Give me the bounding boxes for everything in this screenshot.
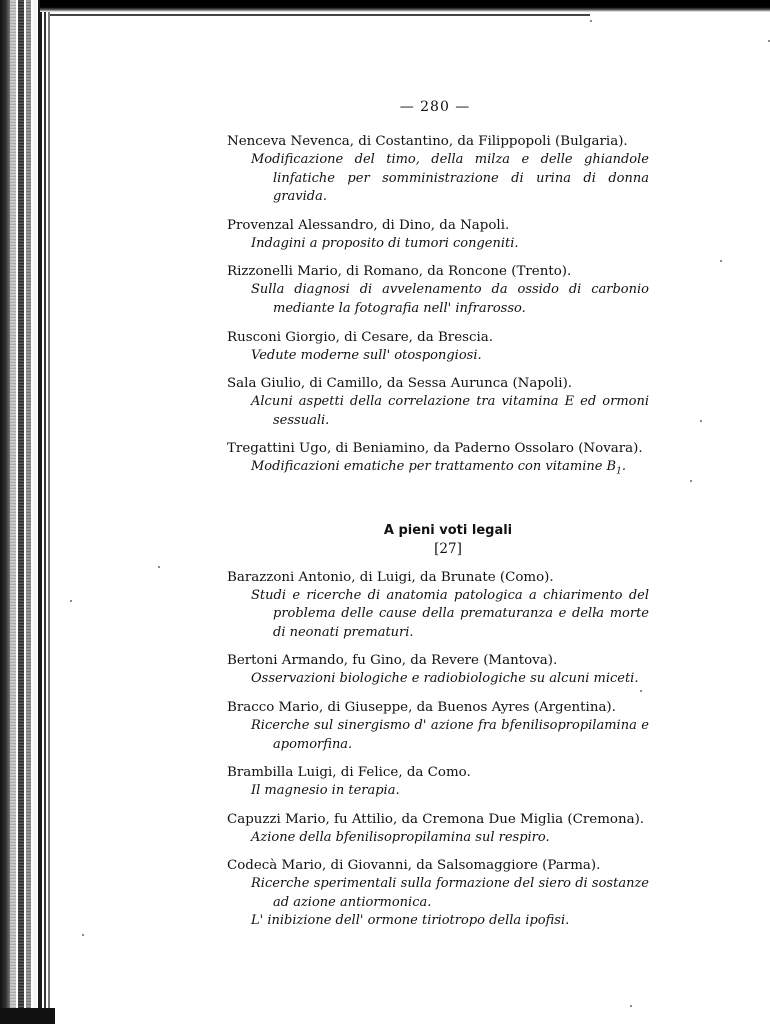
section-heading: A pieni voti legali [27] (227, 522, 649, 558)
scan-speck (700, 420, 702, 422)
student-name: Codecà Mario, di Giovanni, da Salsomaggi… (227, 856, 649, 875)
thesis-title: Modificazione del timo, della milza e de… (227, 151, 649, 207)
student-name: Rusconi Giorgio, di Cesare, da Brescia. (227, 328, 649, 347)
entries-after-section: Barazzoni Antonio, di Luigi, da Brunate … (227, 568, 649, 932)
thesis-title: Indagini a proposito di tumori congeniti… (227, 235, 649, 254)
student-name: Bracco Mario, di Giuseppe, da Buenos Ayr… (227, 698, 649, 717)
thesis-title: Ricerche sperimentali sulla formazione d… (227, 875, 649, 912)
page-number: — 280 — (0, 99, 770, 115)
thesis-title: Sulla diagnosi di avvelenamento da ossid… (227, 281, 649, 318)
thesis-title: Ricerche sul sinergismo d' azione fra bf… (227, 717, 649, 754)
student-name: Provenzal Alessandro, di Dino, da Napoli… (227, 216, 649, 235)
student-name: Barazzoni Antonio, di Luigi, da Brunate … (227, 568, 649, 587)
thesis-title: Modificazioni ematiche per trattamento c… (227, 458, 649, 481)
section-title: A pieni voti legali (247, 522, 649, 540)
list-item: Brambilla Luigi, di Felice, da Como. Il … (227, 763, 649, 801)
scan-speck (640, 690, 642, 692)
entries-before-section: Nenceva Nevenca, di Costantino, da Filip… (227, 132, 649, 482)
scan-speck (720, 260, 722, 262)
scan-speck (158, 566, 160, 568)
list-item: Bracco Mario, di Giuseppe, da Buenos Ayr… (227, 698, 649, 754)
list-item: Capuzzi Mario, fu Attilio, da Cremona Du… (227, 810, 649, 848)
student-name: Bertoni Armando, fu Gino, da Revere (Man… (227, 651, 649, 670)
scan-speck (590, 20, 592, 22)
list-item: Provenzal Alessandro, di Dino, da Napoli… (227, 216, 649, 254)
scan-speck (690, 480, 692, 482)
thesis-title: Studi e ricerche di anatomia patologica … (227, 587, 649, 643)
list-item: Tregattini Ugo, di Beniamino, da Paderno… (227, 439, 649, 481)
subscript: 1 (616, 467, 622, 477)
scan-speck (595, 612, 597, 614)
student-name: Sala Giulio, di Camillo, da Sessa Aurunc… (227, 374, 649, 393)
student-name: Capuzzi Mario, fu Attilio, da Cremona Du… (227, 810, 649, 829)
scan-speck (630, 1005, 632, 1007)
section-count: [27] (247, 540, 649, 558)
list-item: Rusconi Giorgio, di Cesare, da Brescia. … (227, 328, 649, 366)
thesis-title: Azione della bfenilisopropilamina sul re… (227, 829, 649, 848)
list-item: Sala Giulio, di Camillo, da Sessa Aurunc… (227, 374, 649, 430)
student-name: Rizzonelli Mario, di Romano, da Roncone … (227, 262, 649, 281)
student-name: Brambilla Luigi, di Felice, da Como. (227, 763, 649, 782)
list-item: Codecà Mario, di Giovanni, da Salsomaggi… (227, 856, 649, 931)
scan-speck (82, 934, 84, 936)
student-name: Nenceva Nevenca, di Costantino, da Filip… (227, 132, 649, 151)
thesis-title: Vedute moderne sull' otospongiosi. (227, 347, 649, 366)
list-item: Rizzonelli Mario, di Romano, da Roncone … (227, 262, 649, 318)
thesis-title: Alcuni aspetti della correlazione tra vi… (227, 393, 649, 430)
thesis-title: Il magnesio in terapia. (227, 782, 649, 801)
list-item: Bertoni Armando, fu Gino, da Revere (Man… (227, 651, 649, 689)
list-item: Nenceva Nevenca, di Costantino, da Filip… (227, 132, 649, 207)
scan-speck (70, 600, 72, 602)
thesis-title: L' inibizione dell' ormone tiriotropo de… (227, 912, 649, 931)
entry-list: Nenceva Nevenca, di Costantino, da Filip… (227, 132, 649, 940)
student-name: Tregattini Ugo, di Beniamino, da Paderno… (227, 439, 649, 458)
thesis-title: Osservazioni biologiche e radiobiologich… (227, 670, 649, 689)
document-page: — 280 — Nenceva Nevenca, di Costantino, … (0, 0, 770, 1024)
list-item: Barazzoni Antonio, di Luigi, da Brunate … (227, 568, 649, 643)
